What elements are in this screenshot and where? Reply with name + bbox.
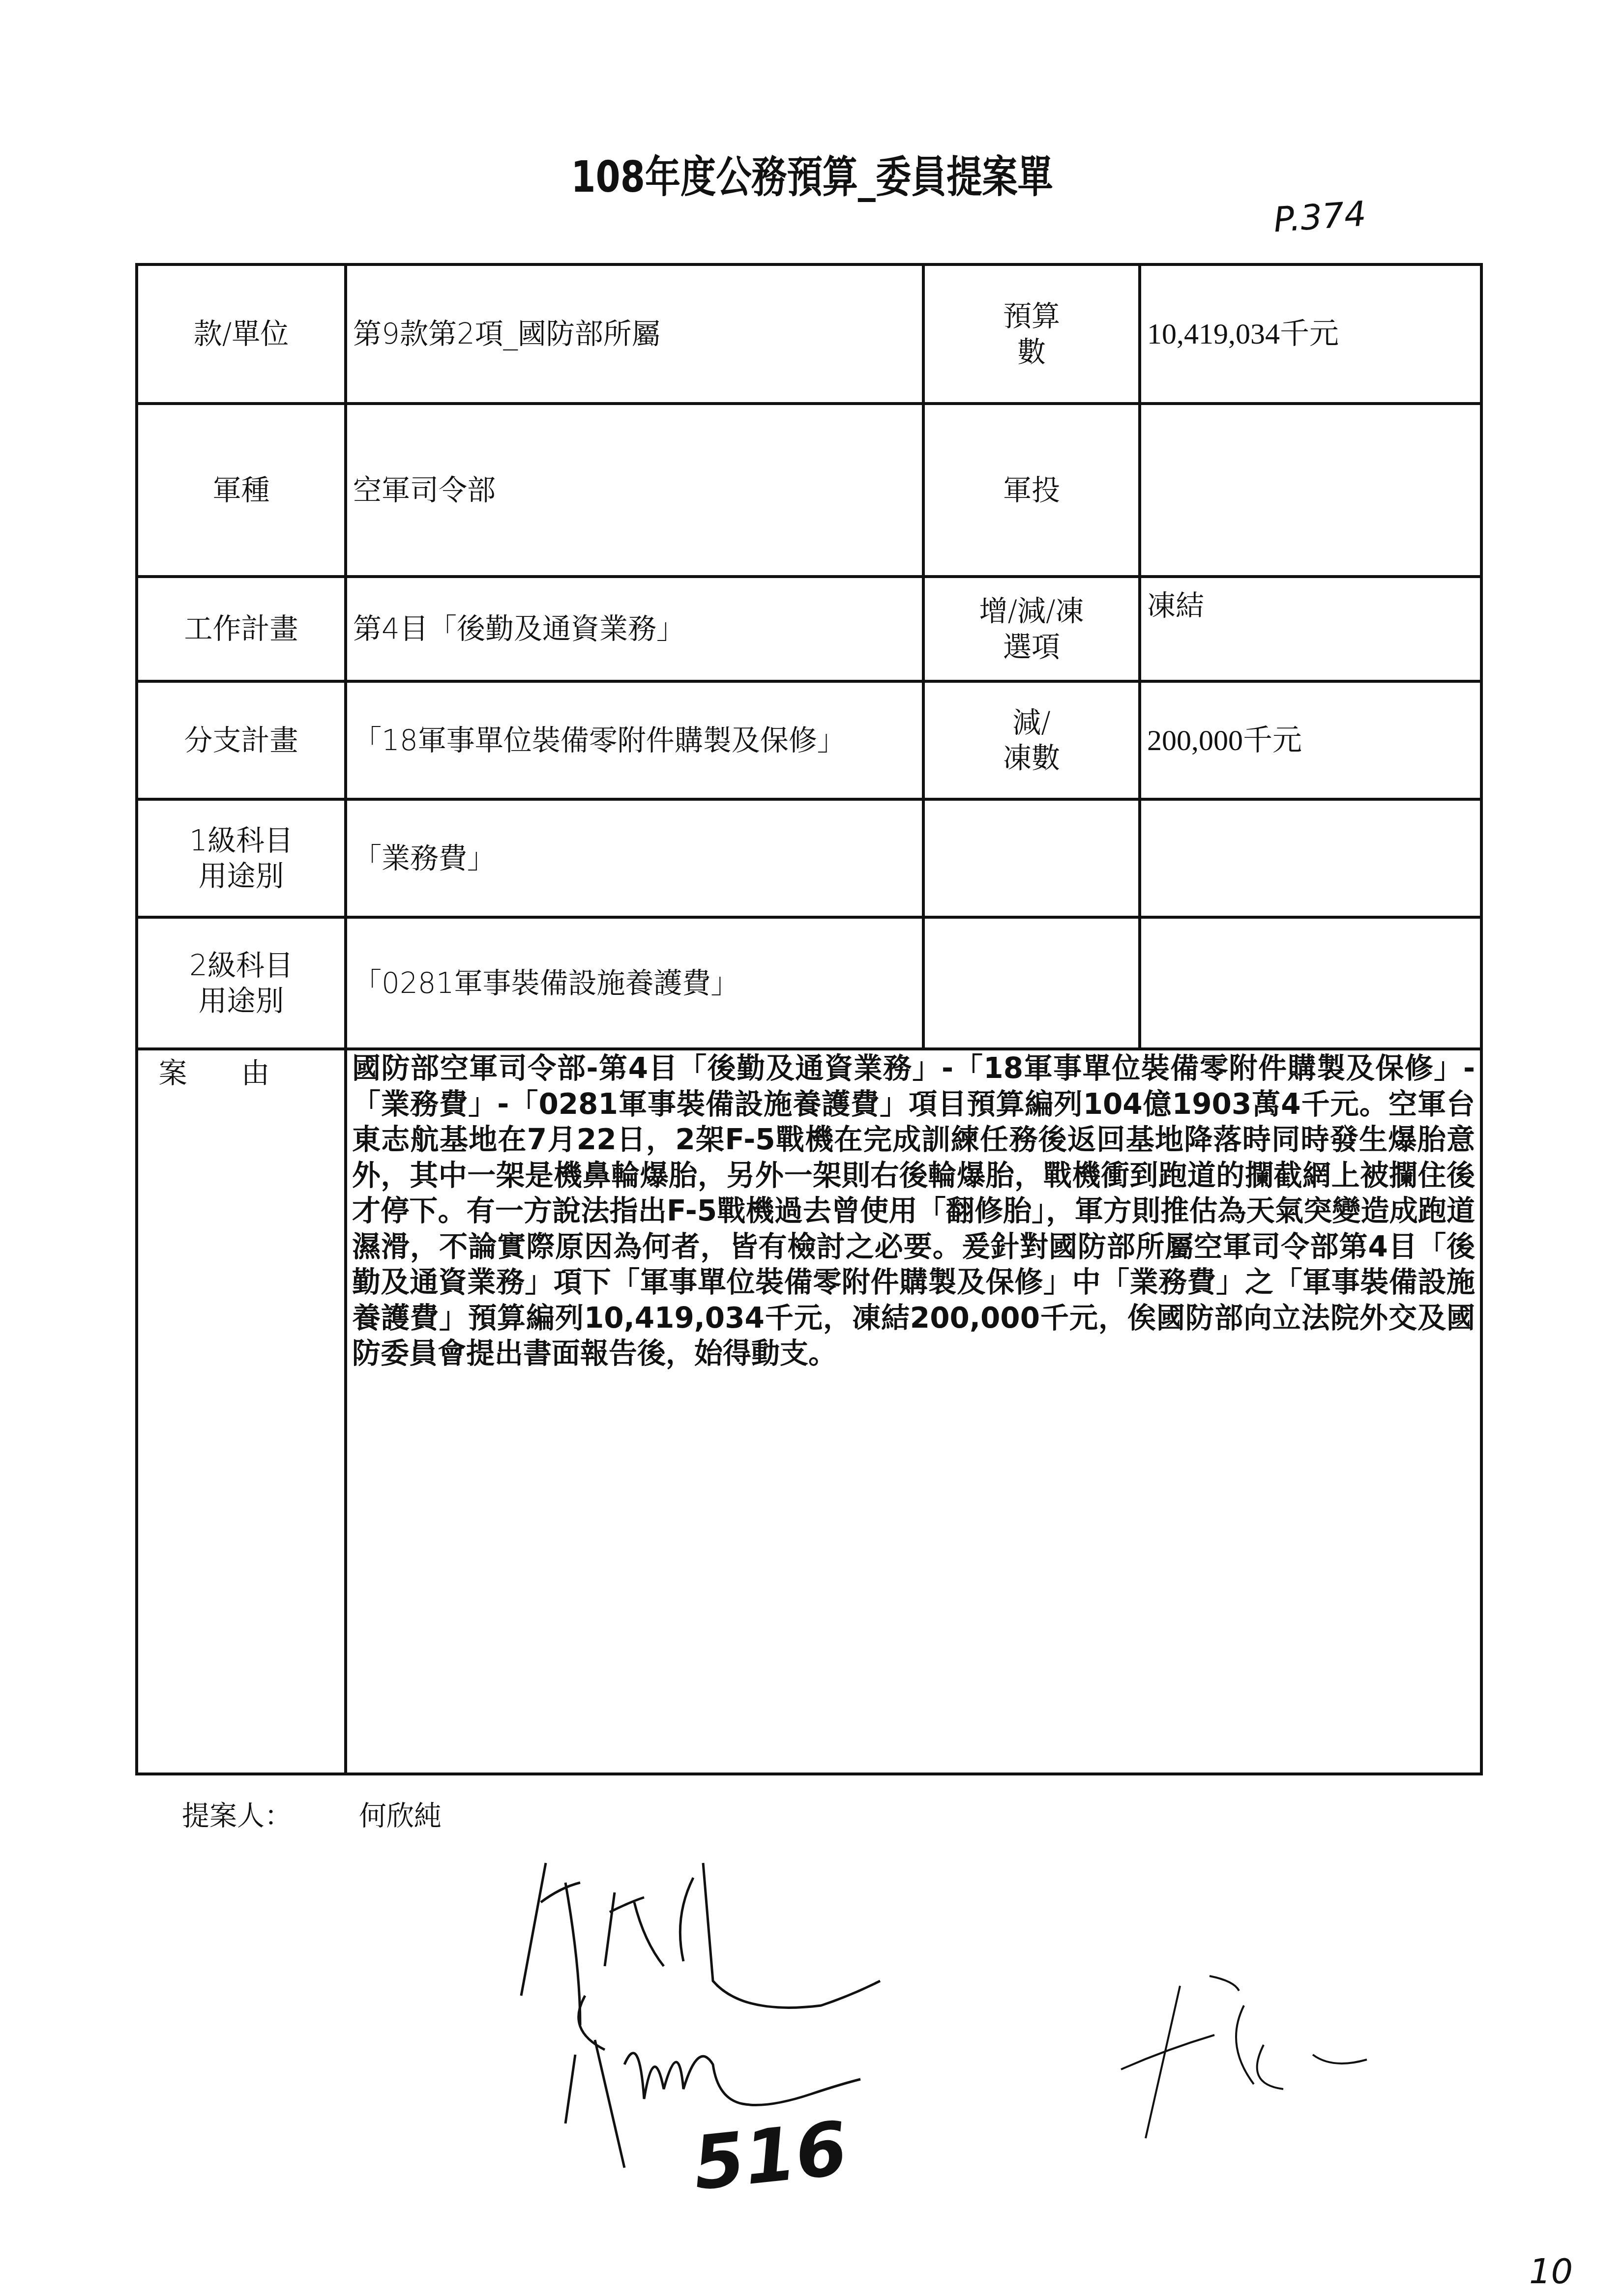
label-adjust-option: 增/減/凍選項 <box>923 577 1140 681</box>
proposer-name: 何欣純 <box>359 1794 442 1833</box>
value-reduce-freeze-amount: 200,000千元 <box>1140 681 1481 799</box>
handwritten-page-number: 516 <box>689 2106 852 2207</box>
form-row-level2-subject: 2級科目用途別 「0281軍事裝備設施養護費」 <box>137 917 1481 1049</box>
page-reference-handwritten: P.374 <box>1272 194 1367 240</box>
value-work-plan: 第4目「後勤及通資業務」 <box>346 577 923 681</box>
form-row-work-plan: 工作計畫 第4目「後勤及通資業務」 增/減/凍選項 凍結 <box>137 577 1481 681</box>
empty-cell-r5c3 <box>923 799 1140 917</box>
label-reason: 案由 <box>137 1049 346 1774</box>
label-budget-amount: 預算數 <box>923 264 1140 404</box>
empty-cell-r5c4 <box>1140 799 1481 917</box>
value-level2-subject: 「0281軍事裝備設施養護費」 <box>346 917 923 1049</box>
value-level1-subject: 「業務費」 <box>346 799 923 917</box>
form-row-branch-plan: 分支計畫 「18軍事單位裝備零附件購製及保修」 減/凍數 200,000千元 <box>137 681 1481 799</box>
corner-page-number: 10 <box>1529 2251 1573 2292</box>
form-row-unit: 款/單位 第9款第2項_國防部所屬 預算數 10,419,034千元 <box>137 264 1481 404</box>
label-military-investment: 軍投 <box>923 404 1140 577</box>
value-military-investment <box>1140 404 1481 577</box>
label-service-branch: 軍種 <box>137 404 346 577</box>
document-title: 108年度公務預算_委員提案單 <box>146 143 1477 204</box>
empty-cell-r6c4 <box>1140 917 1481 1049</box>
label-branch-plan: 分支計畫 <box>137 681 346 799</box>
reason-text: 國防部空軍司令部-第4目「後勤及通資業務」-「18軍事單位裝備零附件購製及保修」… <box>346 1049 1481 1774</box>
empty-cell-r6c3 <box>923 917 1140 1049</box>
value-service-branch: 空軍司令部 <box>346 404 923 577</box>
proposer-label: 提案人： <box>182 1794 292 1833</box>
label-reduce-freeze-amount: 減/凍數 <box>923 681 1140 799</box>
proposal-form-table: 款/單位 第9款第2項_國防部所屬 預算數 10,419,034千元 軍種 空軍… <box>135 263 1483 1775</box>
value-budget-amount: 10,419,034千元 <box>1140 264 1481 404</box>
label-unit: 款/單位 <box>137 264 346 404</box>
form-row-service-branch: 軍種 空軍司令部 軍投 <box>137 404 1481 577</box>
value-unit: 第9款第2項_國防部所屬 <box>346 264 923 404</box>
label-level2-subject: 2級科目用途別 <box>137 917 346 1049</box>
handwritten-signature-3 <box>1106 1966 1426 2153</box>
value-branch-plan: 「18軍事單位裝備零附件購製及保修」 <box>346 681 923 799</box>
label-work-plan: 工作計畫 <box>137 577 346 681</box>
value-adjust-option: 凍結 <box>1140 577 1481 681</box>
label-level1-subject: 1級科目用途別 <box>137 799 346 917</box>
form-row-level1-subject: 1級科目用途別 「業務費」 <box>137 799 1481 917</box>
form-row-reason: 案由 國防部空軍司令部-第4目「後勤及通資業務」-「18軍事單位裝備零附件購製及… <box>137 1049 1481 1774</box>
